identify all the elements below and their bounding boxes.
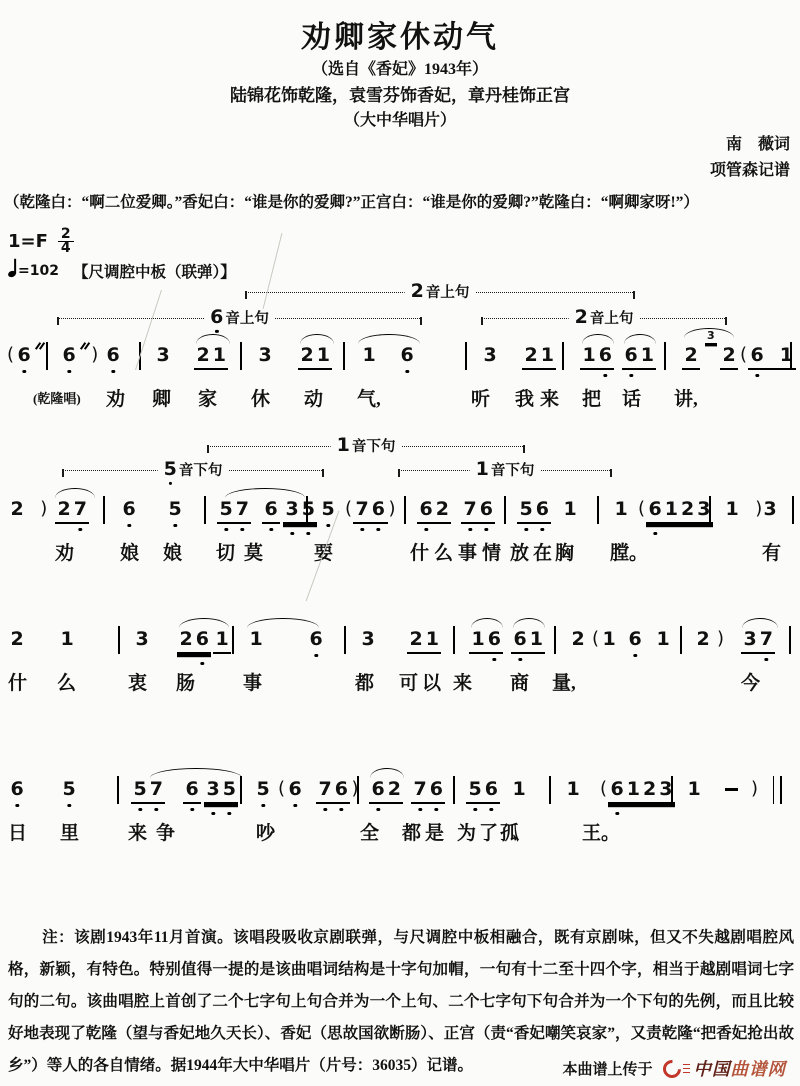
note-digit: 1 xyxy=(625,778,641,800)
phrase-label: 5音下句 xyxy=(158,459,229,480)
note-digit: 3 xyxy=(134,628,150,650)
note-digit: 2 xyxy=(299,344,315,366)
lyric-syllable: 都 xyxy=(402,818,421,845)
phrase-bracket: 1音下句 xyxy=(207,446,525,455)
note-digit: 5 xyxy=(320,498,336,520)
octave-dot-below xyxy=(518,658,521,661)
note-token: 56 xyxy=(466,778,500,804)
octave-dot-below xyxy=(629,374,632,377)
parenthesis: ( xyxy=(740,344,747,366)
parenthesis: ( xyxy=(592,628,599,650)
barline xyxy=(790,342,792,370)
barline xyxy=(103,496,105,524)
note-token: 21 xyxy=(522,344,556,370)
phrase-bracket: 1音下句 xyxy=(398,470,612,479)
note-token: 3 xyxy=(359,628,377,652)
note-digit: 7 xyxy=(758,628,774,650)
octave-dot-below xyxy=(615,812,618,815)
octave-dot-below xyxy=(290,532,293,535)
lyric-syllable: 事 xyxy=(243,668,262,695)
phrase-label-text: 音下句 xyxy=(491,464,535,480)
slur-arc xyxy=(624,334,656,344)
note-digit: 6 xyxy=(194,628,210,650)
duration-dash xyxy=(725,788,738,791)
note-token: 1 xyxy=(612,498,630,522)
note-digit: 6 xyxy=(428,778,444,800)
note-token: 6 xyxy=(183,778,201,804)
note-digit: 6 xyxy=(184,778,200,800)
parenthesis: ( xyxy=(600,778,607,800)
note-digit: 5 xyxy=(518,498,534,520)
note-digit: 6 xyxy=(623,344,639,366)
slur-arc xyxy=(225,488,305,498)
lyric-syllable: 放 xyxy=(510,538,529,565)
grace-note: 3 xyxy=(705,330,717,344)
note-token: 3 xyxy=(133,628,151,652)
lyric-syllable: 话 xyxy=(622,384,641,411)
note-digit: 1 xyxy=(539,344,555,366)
note-token: 62 xyxy=(369,778,403,804)
note-token: 5 xyxy=(166,498,184,522)
note-digit: 1 xyxy=(581,344,597,366)
parenthesis: ( xyxy=(7,344,14,366)
lyric-syllable: 来 xyxy=(128,818,147,845)
note-digit: 1 xyxy=(214,628,230,650)
lyric-syllable: 娘 xyxy=(120,538,139,565)
note-token: 21 xyxy=(194,344,228,370)
lyric-syllable: 以 xyxy=(422,668,441,695)
barline xyxy=(789,626,791,654)
note-digit: 6 xyxy=(263,498,279,520)
lyric-syllable: 么 xyxy=(434,538,453,565)
octave-dot-below xyxy=(138,808,141,811)
note-digit: 6 xyxy=(534,498,550,520)
lyric-syllable: 争 xyxy=(156,818,175,845)
note-digit: 5 xyxy=(218,498,234,520)
note-digit: 6 xyxy=(627,628,643,650)
octave-dot-below xyxy=(360,528,363,531)
note-token: 1 xyxy=(654,628,672,652)
phrase-label-text: 音下句 xyxy=(352,440,396,456)
cqp-logo-icon xyxy=(659,1056,684,1081)
note-digit: 2 xyxy=(195,344,211,366)
octave-dot-below xyxy=(224,528,227,531)
lyric-syllable: 动 xyxy=(304,384,323,411)
parenthesis: ) xyxy=(717,628,724,650)
octave-dot-below xyxy=(326,524,329,527)
note-digit: 1 xyxy=(511,778,527,800)
note-digit: 2 xyxy=(434,498,450,520)
lyric-syllable: 事 xyxy=(458,538,477,565)
octave-dot-below xyxy=(67,370,70,373)
note-token: 37 xyxy=(741,628,775,654)
phrase-bracket: 2音上句 xyxy=(245,292,635,301)
note-token: 6 xyxy=(8,778,26,802)
note-token: 5 xyxy=(254,778,272,802)
phrase-label-text: 音下句 xyxy=(179,464,223,480)
note-token: 2 xyxy=(694,628,712,652)
octave-dot-below xyxy=(307,532,310,535)
note-token: 76) xyxy=(316,778,360,804)
note-token: 1 xyxy=(561,498,579,522)
note-digit: 6 xyxy=(105,344,121,366)
barline xyxy=(240,342,242,370)
octave-dot-below xyxy=(190,808,193,811)
octave-dot-below xyxy=(376,808,379,811)
octave-dot-below xyxy=(541,528,544,531)
slur-arc xyxy=(513,618,545,628)
note-digit: 7 xyxy=(72,498,88,520)
note-token: (6 xyxy=(277,778,304,802)
octave-dot-below xyxy=(755,374,758,377)
note-digit: 2 xyxy=(695,628,711,650)
octave-dot-below xyxy=(314,654,317,657)
octave-dot-below xyxy=(323,808,326,811)
note-digit: 7 xyxy=(412,778,428,800)
lyric-syllable: 来 xyxy=(453,668,472,695)
barline xyxy=(504,496,506,524)
note-digit: 2 xyxy=(386,778,402,800)
octave-dot-below xyxy=(485,528,488,531)
note-digit: 3 xyxy=(742,628,758,650)
lyric-syllable: 切 xyxy=(216,538,235,565)
note-token: 21 xyxy=(407,628,441,654)
note-token: (61 xyxy=(739,344,796,370)
barline xyxy=(240,776,242,804)
note-digit: 6 xyxy=(308,628,324,650)
octave-dot-below xyxy=(173,524,176,527)
phrase-label: 1音下句 xyxy=(470,459,541,480)
octave-dot-below xyxy=(79,528,82,531)
phrase-label-number: 2 xyxy=(411,281,424,302)
note-token: 35 xyxy=(283,498,317,524)
tremolo-mark xyxy=(79,341,90,354)
note-digit: 6 xyxy=(597,344,613,366)
octave-dot-below xyxy=(127,524,130,527)
octave-dot-below xyxy=(633,654,636,657)
note-token: 1 xyxy=(213,628,231,654)
slur-arc xyxy=(582,334,614,344)
lyric-syllable: 王。 xyxy=(582,818,620,845)
octave-dot-below xyxy=(405,370,408,373)
phrase-label-text: 音上句 xyxy=(225,312,269,328)
cqp-logo-bars-icon xyxy=(683,1063,690,1075)
barline xyxy=(549,776,551,804)
octave-dot-below xyxy=(468,528,471,531)
note-digit: 1 xyxy=(655,628,671,650)
octave-dot-below xyxy=(228,812,231,815)
note-digit: 2 xyxy=(523,344,539,366)
lyric-syllable: 胸 xyxy=(555,538,574,565)
uploaded-by-label: 本曲谱上传于 xyxy=(562,1058,652,1079)
note-token: (1 xyxy=(591,628,618,652)
note-token: 2 xyxy=(682,344,700,370)
barline xyxy=(453,626,455,654)
note-token: 3 xyxy=(256,344,274,368)
note-token: 2 xyxy=(8,628,26,652)
note-digit: 2 xyxy=(178,628,194,650)
note-token: 3 xyxy=(154,344,172,368)
note-token: 6 xyxy=(262,498,280,524)
note-digit: 2 xyxy=(408,628,424,650)
octave-dot-below xyxy=(241,528,244,531)
lyric-syllable: 卿 xyxy=(152,384,171,411)
phrase-label: 2音上句 xyxy=(405,281,476,302)
barline xyxy=(792,496,794,524)
barline xyxy=(680,626,682,654)
note-digit: 6 xyxy=(61,344,77,366)
parenthesis: ( xyxy=(638,498,645,520)
parenthesis: ) xyxy=(40,498,47,520)
note-digit: 6 xyxy=(478,498,494,520)
note-digit: 6 xyxy=(16,344,32,366)
note-digit: 7 xyxy=(462,498,478,520)
lyric-syllable: 为 xyxy=(457,818,476,845)
footnote-text: 该剧1943年11月首演。该唱段吸收京剧联弹，与尺调腔中板相融合，既有京剧味，但… xyxy=(8,929,794,1074)
note-digit: 7 xyxy=(234,498,250,520)
note-token: 57 xyxy=(217,498,251,524)
octave-dot-below xyxy=(340,808,343,811)
phrase-bracket: 6音上句 xyxy=(57,318,422,327)
phrase-label: 1音下句 xyxy=(331,435,402,456)
barline xyxy=(232,626,234,654)
phrase-label: 6音上句 xyxy=(204,307,275,328)
octave-dot-below xyxy=(418,808,421,811)
note-digit: 6 xyxy=(370,498,386,520)
octave-dot-below xyxy=(293,804,296,807)
note-token: 2) xyxy=(8,498,48,522)
barline xyxy=(562,342,564,370)
note-digit: 1 xyxy=(59,628,75,650)
barline xyxy=(46,342,48,370)
octave-dot-below xyxy=(261,804,264,807)
lyric-syllable: 在 xyxy=(533,538,552,565)
barline xyxy=(118,626,120,654)
note-digit: 6 xyxy=(399,344,415,366)
note-digit: 1 xyxy=(778,344,794,366)
lyric-syllable: 了 xyxy=(479,818,498,845)
octave-dot-below xyxy=(211,812,214,815)
note-digit: 6 xyxy=(121,498,137,520)
footnote-label: 注： xyxy=(42,929,74,946)
note-digit: 6 xyxy=(483,778,499,800)
octave-dot-below xyxy=(490,808,493,811)
note-token: 16 xyxy=(469,628,503,654)
octave-dot-below xyxy=(67,804,70,807)
note-digit: 1 xyxy=(424,628,440,650)
parenthesis: ) xyxy=(91,344,98,366)
note-digit: 1 xyxy=(601,628,617,650)
note-token: 76 xyxy=(461,498,495,524)
lyric-syllable: 娘 xyxy=(163,538,182,565)
note-digit: 2 xyxy=(642,778,658,800)
note-digit: 1 xyxy=(361,344,377,366)
note-token: 35 xyxy=(204,778,238,804)
barline xyxy=(404,496,406,524)
lyric-syllable: 都 xyxy=(355,668,374,695)
octave-dot-below xyxy=(524,528,527,531)
parenthesis: ) xyxy=(389,498,396,520)
note-token: 76 xyxy=(411,778,445,804)
barline xyxy=(664,342,666,370)
barline xyxy=(306,496,308,524)
phrase-label: 2音上句 xyxy=(569,307,640,328)
note-digit: 1 xyxy=(315,344,331,366)
tremolo-mark xyxy=(34,341,45,354)
lyric-syllable: 么 xyxy=(57,668,76,695)
lyric-syllable: 商 xyxy=(510,668,529,695)
note-digit: 1 xyxy=(613,498,629,520)
note-digit: 5 xyxy=(221,778,237,800)
note-digit: 2 xyxy=(9,498,25,520)
barline xyxy=(343,342,345,370)
lyric-syllable: 家 xyxy=(198,384,217,411)
octave-dot-below xyxy=(653,532,656,535)
phrase-label-text: 音上句 xyxy=(426,286,470,302)
lyric-syllable: 膛。 xyxy=(610,538,648,565)
lyric-syllable: 来 xyxy=(540,384,559,411)
note-digit: 1 xyxy=(663,498,679,520)
lyric-syllable: 日 xyxy=(8,818,27,845)
note-token: 61 xyxy=(622,344,656,370)
barline xyxy=(671,776,673,804)
note-token: 57 xyxy=(131,778,165,804)
octave-dot-below xyxy=(269,528,272,531)
footer: 本曲谱上传于 中国 曲谱网 xyxy=(562,1056,786,1081)
note-digit: 6 xyxy=(333,778,349,800)
note-token: 6 xyxy=(626,628,644,652)
slur-arc xyxy=(196,334,230,344)
lyric-syllable: 劝 xyxy=(55,538,74,565)
note-digit: 1 xyxy=(562,498,578,520)
barline xyxy=(344,626,346,654)
note-token: 27 xyxy=(55,498,89,524)
note-digit: 1 xyxy=(724,498,740,520)
phrase-label-number: 1 xyxy=(337,435,350,456)
note-digit: 1 xyxy=(470,628,486,650)
phrase-label-number: 5 xyxy=(164,459,177,480)
lyric-syllable: 把 xyxy=(582,384,601,411)
barline xyxy=(453,776,455,804)
note-token: ) xyxy=(716,628,727,650)
note-token: 1) xyxy=(723,498,763,522)
slur-arc xyxy=(742,618,778,628)
note-token: 6 xyxy=(104,344,122,368)
note-token: 2 xyxy=(720,344,738,370)
note-token: 16 xyxy=(580,344,614,370)
note-token: 1 xyxy=(510,778,528,802)
slur-arc xyxy=(55,488,95,498)
parenthesis: ( xyxy=(345,498,352,520)
note-token: 61 xyxy=(511,628,545,654)
note-digit: 1 xyxy=(565,778,581,800)
lyric-syllable: 劝 xyxy=(106,384,125,411)
barline xyxy=(709,496,711,524)
lyric-syllable: (乾隆唱) xyxy=(33,384,81,407)
octave-dot-below xyxy=(424,528,427,531)
lyric-syllable: 衷 xyxy=(128,668,147,695)
lyric-syllable: 有 xyxy=(762,538,781,565)
octave-dot-below xyxy=(111,370,114,373)
lyric-syllable: 里 xyxy=(60,818,79,845)
note-token: 6 xyxy=(120,498,138,522)
note-token: 56 xyxy=(517,498,551,524)
site-name-cn: 中国 xyxy=(694,1056,731,1081)
note-token: 1 xyxy=(564,778,582,802)
note-token: 6) xyxy=(60,344,99,368)
note-digit: 5 xyxy=(61,778,77,800)
note-digit: 3 xyxy=(284,498,300,520)
octave-dot-below xyxy=(22,370,25,373)
note-token: 1 xyxy=(58,628,76,652)
lyric-syllable: 情 xyxy=(482,538,501,565)
phrase-label-number: 6 xyxy=(210,307,223,328)
final-barline xyxy=(773,776,782,804)
note-digit: 1 xyxy=(528,628,544,650)
note-digit: 3 xyxy=(155,344,171,366)
octave-dot-below xyxy=(15,804,18,807)
slur-arc xyxy=(179,618,229,628)
site-name-rest: 曲谱网 xyxy=(731,1056,787,1081)
barline xyxy=(357,776,359,804)
lyric-syllable: 孤 xyxy=(500,818,519,845)
lyric-syllable: 今 xyxy=(741,668,760,695)
barline xyxy=(597,496,599,524)
octave-dot-below xyxy=(493,658,496,661)
parenthesis: ) xyxy=(751,778,758,800)
lyric-syllable: 吵 xyxy=(256,818,275,845)
note-digit: 5 xyxy=(300,498,316,520)
note-digit: 2 xyxy=(56,498,72,520)
phrase-label-number: 2 xyxy=(575,307,588,328)
note-token: 1 xyxy=(685,778,703,802)
barline xyxy=(554,626,556,654)
note-digit: 3 xyxy=(205,778,221,800)
note-digit: 1 xyxy=(211,344,227,366)
note-token: 21 xyxy=(298,344,332,370)
lyric-syllable: 量, xyxy=(552,668,576,695)
note-digit: 2 xyxy=(570,628,586,650)
slur-arc xyxy=(471,618,503,628)
note-digit: 7 xyxy=(148,778,164,800)
note-token: 2 xyxy=(569,628,587,652)
lyric-syllable: 听 xyxy=(471,384,490,411)
lyric-syllable: 什 xyxy=(410,538,429,565)
note-digit: 7 xyxy=(354,498,370,520)
barline xyxy=(117,776,119,804)
note-digit: 6 xyxy=(418,498,434,520)
note-token: 3 xyxy=(761,498,779,522)
lyric-syllable: 我 xyxy=(515,384,534,411)
slur-arc xyxy=(150,768,242,778)
note-digit: 1 xyxy=(639,344,655,366)
lyric-syllable: 气, xyxy=(357,384,381,411)
phrase-bracket: 2音上句 xyxy=(481,318,727,327)
barline xyxy=(465,342,467,370)
note-digit: 3 xyxy=(360,628,376,650)
phrase-bracket: 5音下句 xyxy=(62,470,324,479)
note-token: 3 xyxy=(481,344,499,368)
phrase-label-number: 1 xyxy=(476,459,489,480)
note-token: (6123 xyxy=(599,778,675,804)
note-token: 6 xyxy=(307,628,325,652)
note-digit: 3 xyxy=(762,498,778,520)
note-token: 62 xyxy=(417,498,451,524)
note-digit: 6 xyxy=(9,778,25,800)
note-token: 1 xyxy=(360,344,378,368)
note-token: (6 xyxy=(6,344,45,368)
octave-dot-below xyxy=(604,374,607,377)
